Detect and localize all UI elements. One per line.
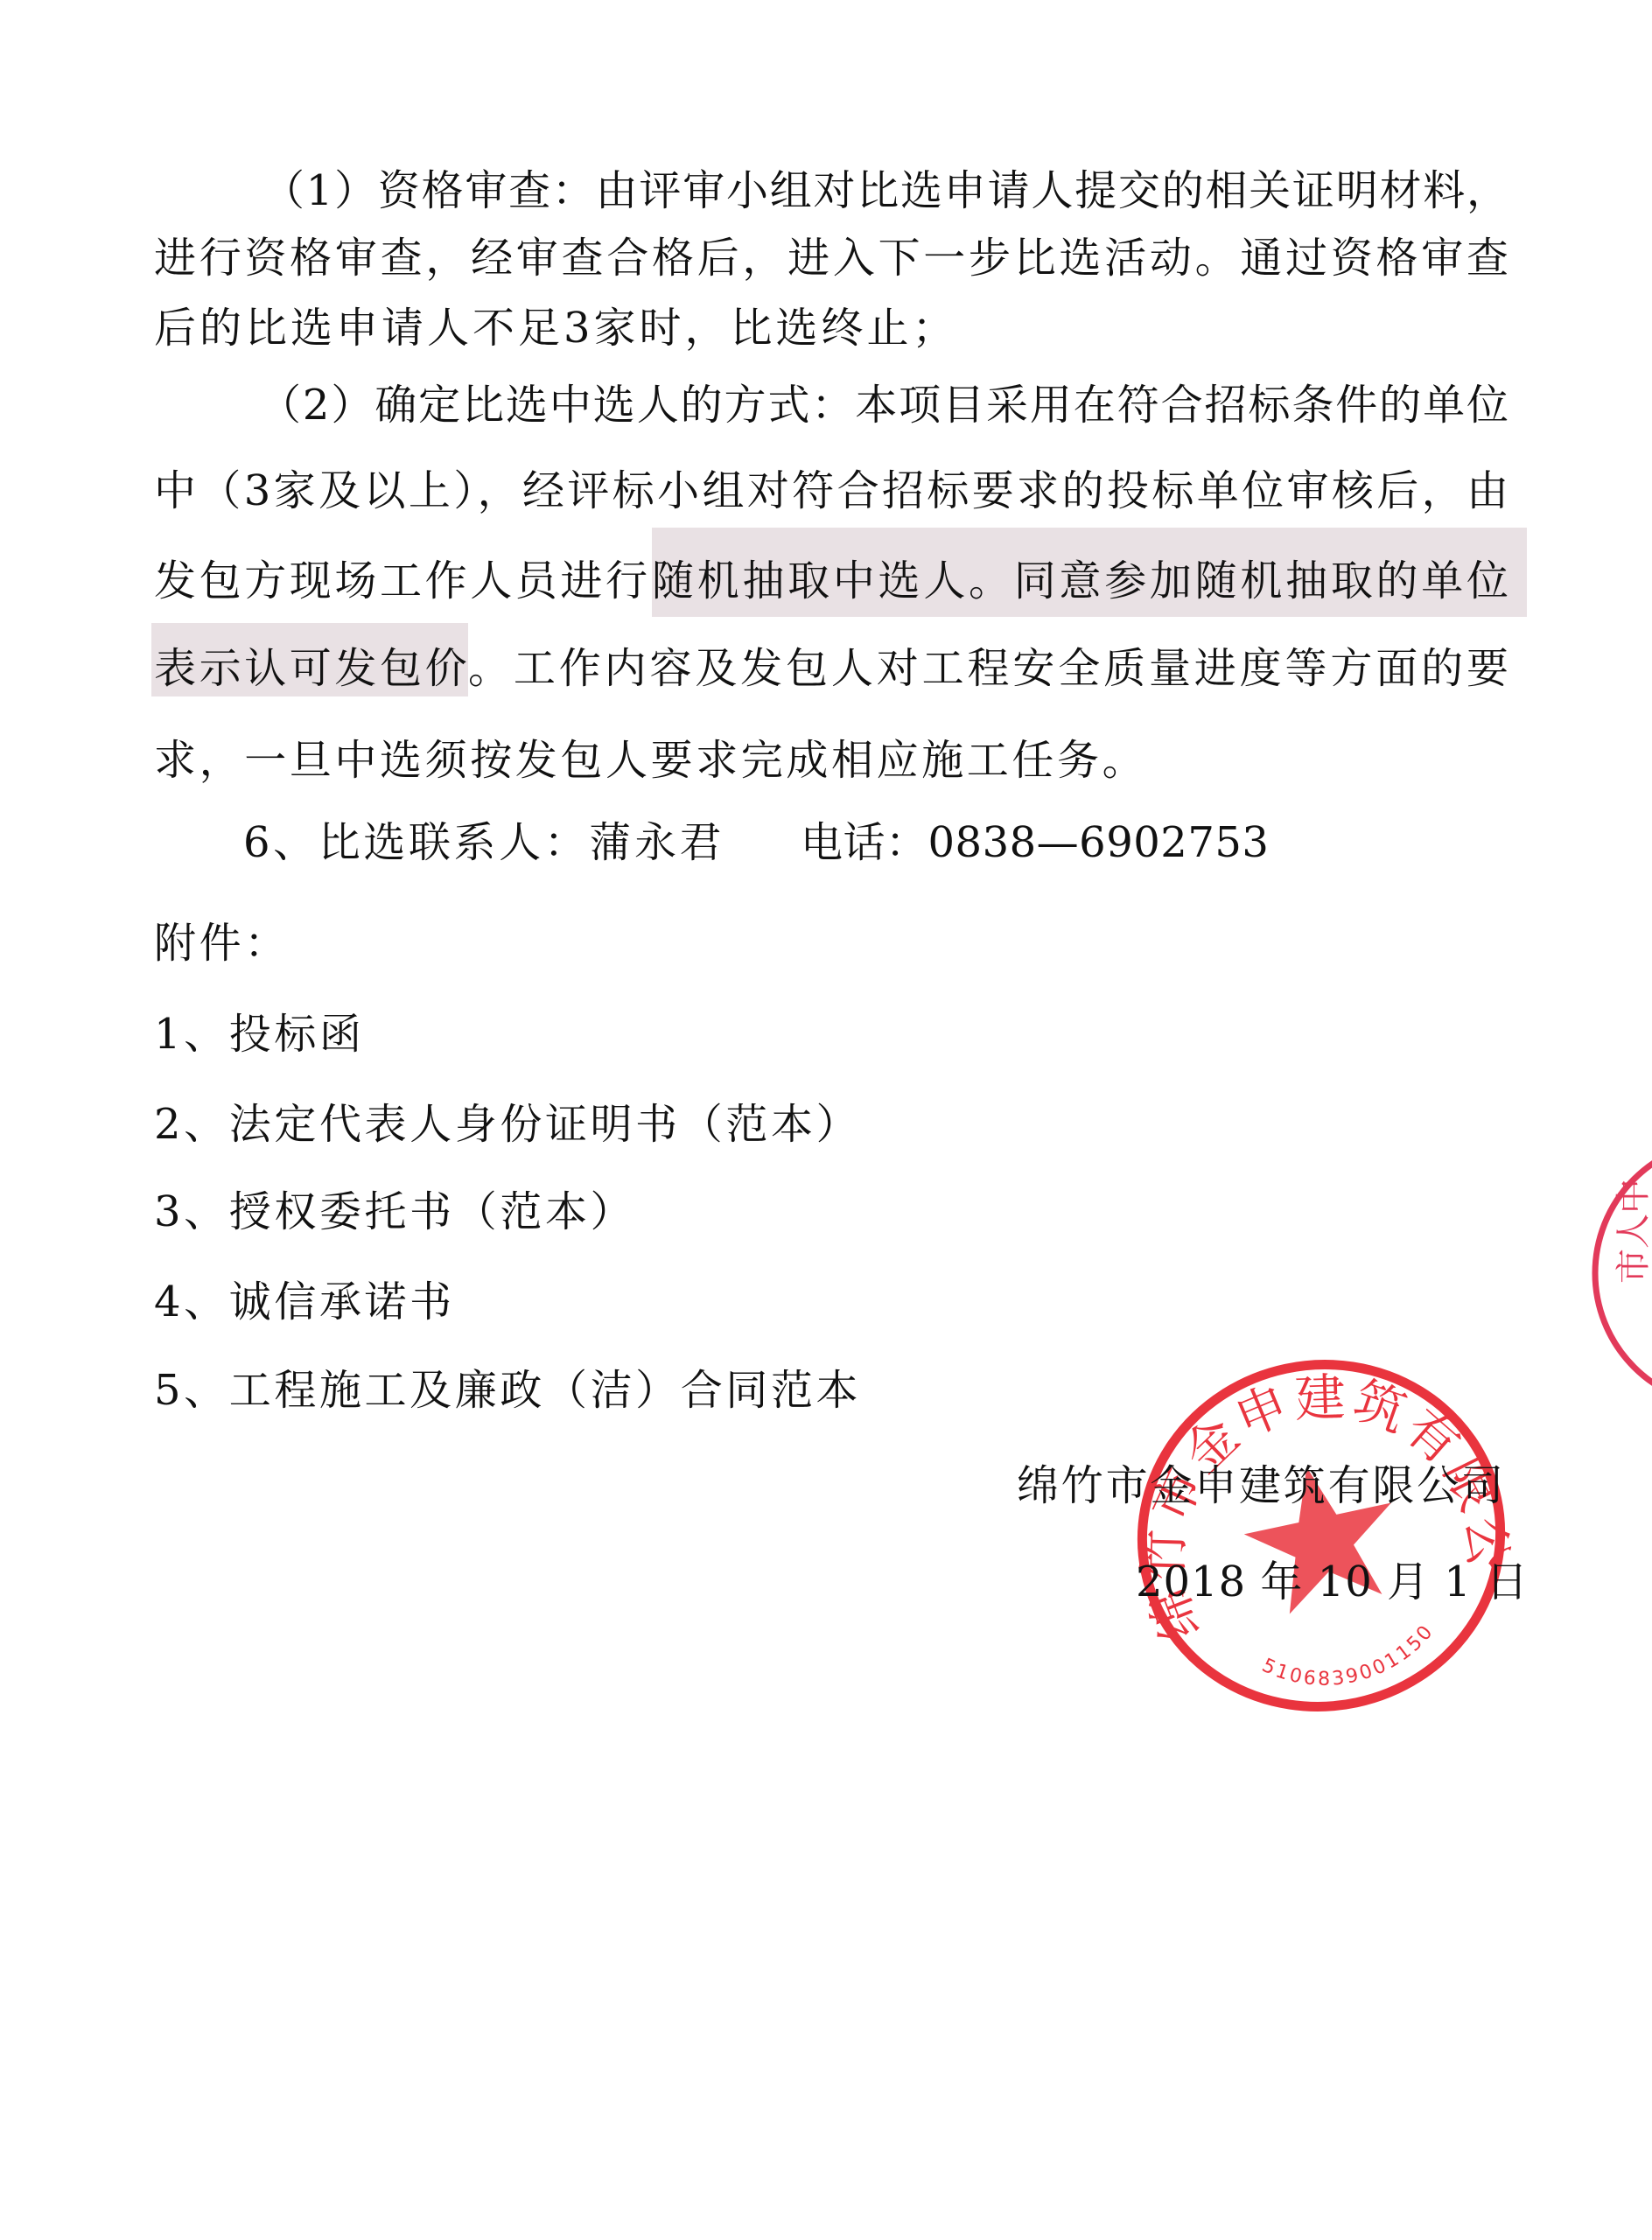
paragraph-2-line-5: 求，一旦中选须按发包人要求完成相应施工任务。 (154, 734, 1147, 787)
paragraph-2-line-2: 中（3家及以上），经评标小组对符合招标要求的投标单位审核后，由 (154, 465, 1508, 517)
signature-date: 2018 年 10 月 1 日 (1136, 1556, 1529, 1608)
edge-seal-fragment: 市人中 (1588, 1133, 1652, 1413)
attachment-item: 3、授权委托书（范本） (154, 1186, 635, 1238)
company-seal: 绵竹市金申建筑有限公司 5106839001150 (1129, 1352, 1514, 1719)
attachments-heading: 附件： (154, 917, 290, 969)
paragraph-1-line-3: 后的比选申请人不足3家时，比选终止； (154, 302, 958, 354)
svg-text:市人中: 市人中 (1613, 1179, 1652, 1284)
signature-company: 绵竹市金申建筑有限公司 (1017, 1459, 1503, 1512)
attachment-item: 4、诚信承诺书 (154, 1276, 455, 1328)
paragraph-2-line-3-highlighted: 随机抽取中选人。同意参加随机抽取的单位 (652, 555, 1508, 607)
paragraph-2-line-4-plain: 。工作内容及发包人对工程安全质量进度等方面的要 (468, 642, 1508, 695)
paragraph-2-line-4-highlighted: 表示认可发包价 (154, 642, 470, 695)
attachment-item: 1、投标函 (154, 1008, 365, 1060)
contact-phone: 电话：0838—6902753 (801, 816, 1269, 869)
seal-icon: 绵竹市金申建筑有限公司 5106839001150 (1129, 1352, 1514, 1719)
attachment-item: 5、工程施工及廉政（洁）合同范本 (154, 1364, 861, 1417)
contact-person: 6、比选联系人：蒲永君 (243, 816, 724, 869)
svg-text:5106839001150: 5106839001150 (1255, 1617, 1446, 1706)
seal-fragment-icon: 市人中 (1588, 1133, 1652, 1413)
attachment-item: 2、法定代表人身份证明书（范本） (154, 1098, 861, 1151)
paragraph-1-line-1: （1）资格审查：由评审小组对比选申请人提交的相关证明材料， (262, 164, 1508, 217)
paragraph-2-line-1: （2）确定比选中选人的方式：本项目采用在符合招标条件的单位 (259, 379, 1508, 431)
paragraph-2-line-3-plain: 发包方现场工作人员进行 (154, 555, 651, 607)
paragraph-1-line-2: 进行资格审查，经审查合格后，进入下一步比选活动。通过资格审查 (154, 232, 1508, 284)
